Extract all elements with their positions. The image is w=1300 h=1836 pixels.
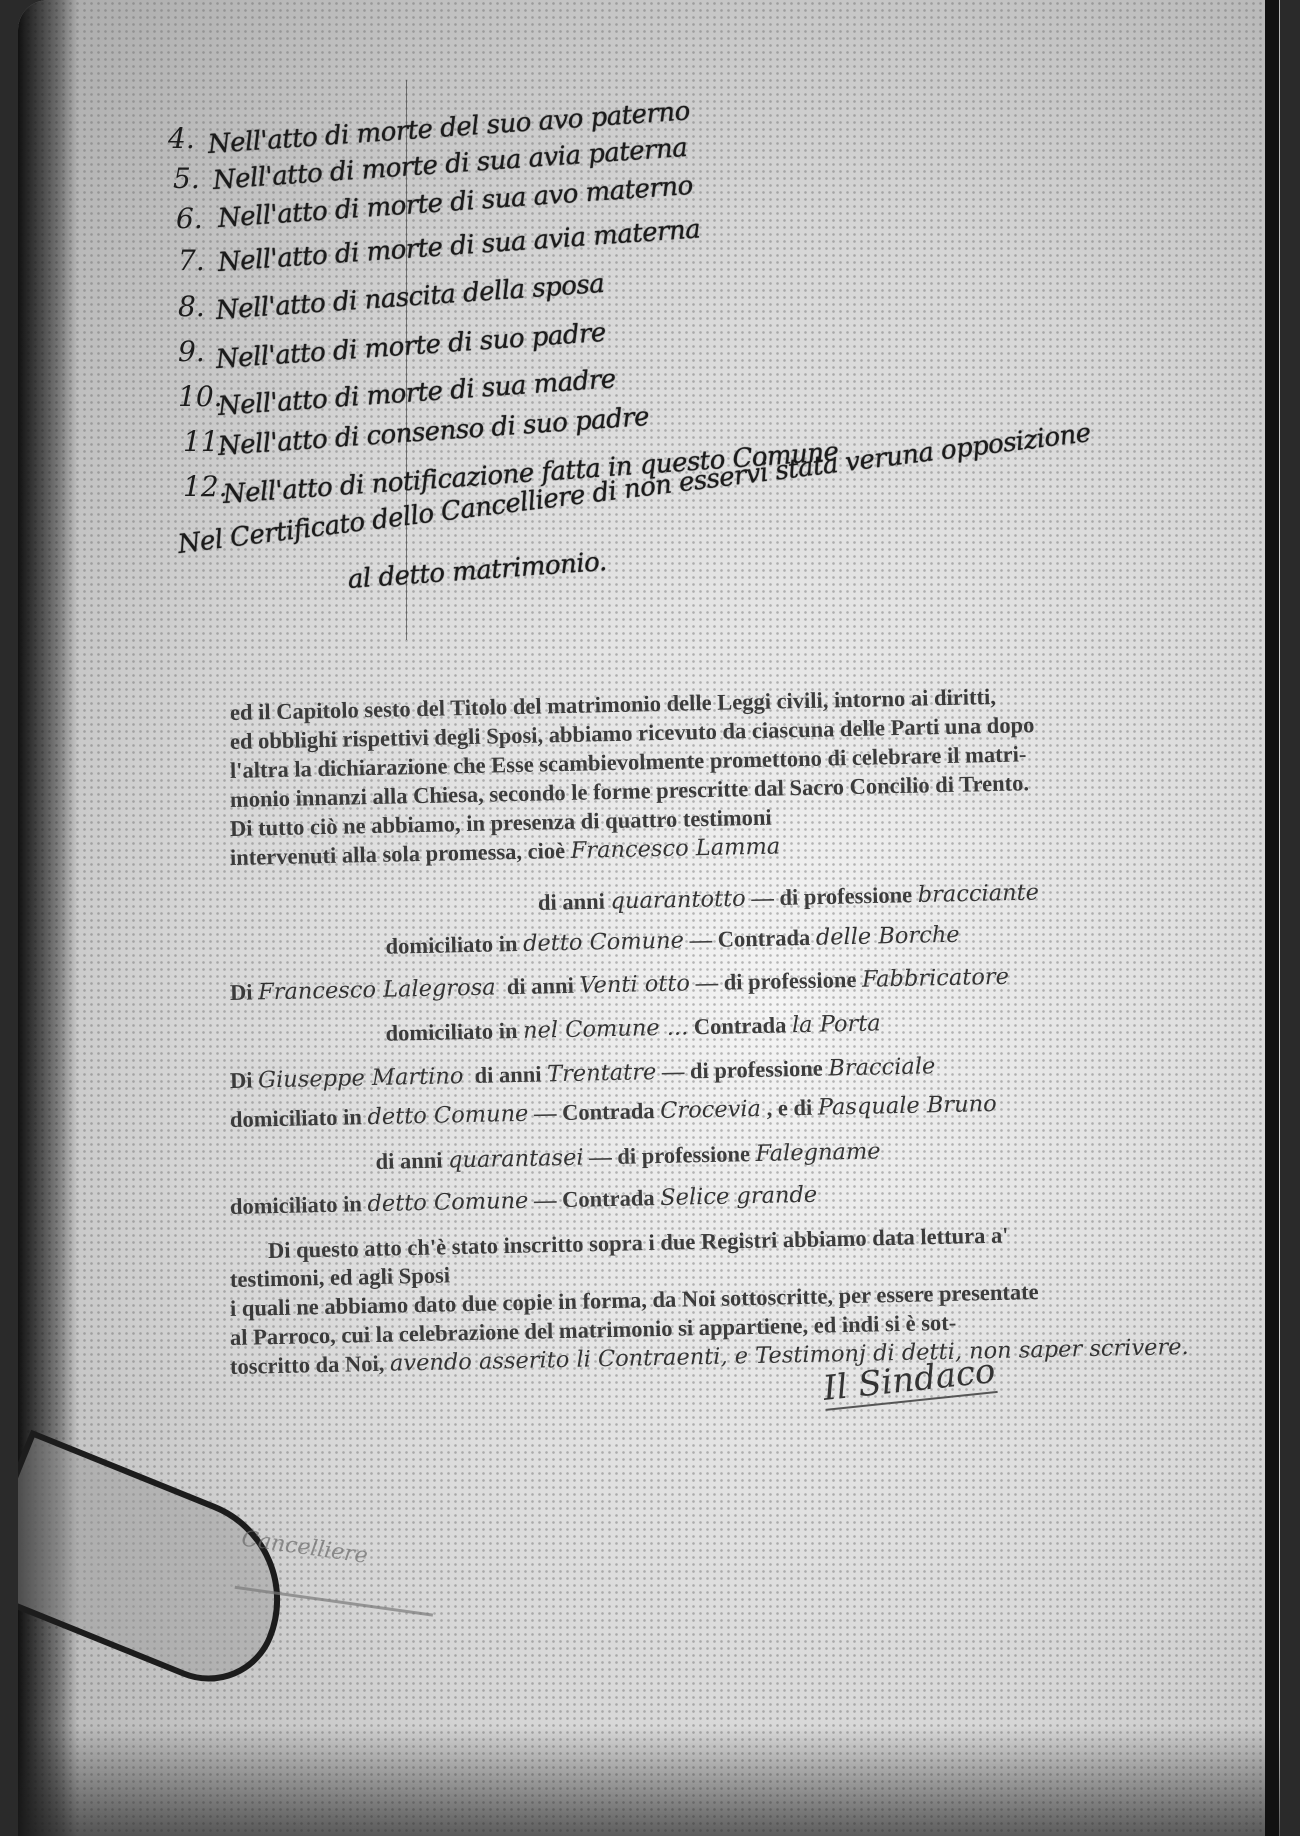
- label: Contrada: [694, 1012, 787, 1039]
- label: di anni: [375, 1148, 442, 1174]
- annotation-number: 9.: [178, 335, 205, 368]
- annotation-line: Nell'atto di nascita della sposa: [215, 269, 605, 326]
- witness-3-profession: Bracciale: [828, 1053, 936, 1081]
- label: di anni: [538, 889, 605, 915]
- label: Contrada: [717, 925, 810, 952]
- label: Contrada: [562, 1185, 655, 1212]
- annotation-line: Nell'atto di morte di suo padre: [215, 318, 607, 375]
- witness-1-name: Francesco Lamma: [570, 833, 780, 863]
- label: Contrada: [562, 1098, 655, 1125]
- bottom-shadow: [18, 1726, 1280, 1836]
- annotation-number: 5.: [173, 162, 200, 195]
- witness-2-name: Francesco Lalegrosa: [258, 974, 496, 1005]
- page-edge: [1265, 0, 1279, 1836]
- witness-4-profession: Falegname: [755, 1138, 881, 1167]
- document-page: 4. Nell'atto di morte del suo avo patern…: [18, 0, 1280, 1836]
- witness-4-name: Pasquale Bruno: [818, 1091, 997, 1121]
- witness-4-domicile-line: domiciliato in detto Comune — Contrada S…: [230, 1172, 1190, 1222]
- witness-2-age: Venti otto: [579, 970, 690, 998]
- annotation-number: 8.: [178, 290, 205, 323]
- witness-3-age: Trentatre: [547, 1059, 657, 1087]
- label: domiciliato in: [230, 1191, 362, 1219]
- witness-2-domicile-line: domiciliato in nel Comune ... Contrada l…: [230, 1002, 1190, 1052]
- label: Di: [230, 980, 253, 1005]
- annotation-number: 7.: [178, 244, 205, 277]
- label: di anni: [474, 1061, 541, 1087]
- annotation-number: 6.: [176, 202, 203, 235]
- witness-1-age: quarantotto: [610, 886, 746, 915]
- witness-2-domicile: nel Comune ...: [523, 1014, 689, 1043]
- annotation-number: 4.: [168, 122, 195, 155]
- label: domiciliato in: [385, 1018, 517, 1046]
- witness-1-profession: bracciante: [917, 880, 1039, 909]
- label: , e di: [766, 1095, 812, 1121]
- witness-3-street: Crocevia: [660, 1096, 761, 1124]
- witness-1-street: delle Borche: [816, 922, 960, 951]
- label: di professione: [723, 967, 856, 995]
- label: di anni: [507, 973, 574, 999]
- label: Di: [230, 1068, 253, 1093]
- label: domiciliato in: [385, 931, 517, 959]
- witness-1-age-line: di anni quarantotto — di professione bra…: [538, 873, 1238, 918]
- witness-3-domicile: detto Comune: [367, 1101, 528, 1130]
- witness-3-name: Giuseppe Martino: [258, 1063, 464, 1093]
- annotation-line: al detto matrimonio.: [347, 547, 608, 595]
- witness-1-domicile: detto Comune: [523, 927, 684, 956]
- label: di professione: [779, 882, 912, 910]
- witness-2-profession: Fabbricatore: [862, 964, 1009, 993]
- witness-4-age: quarantasei: [448, 1145, 584, 1174]
- label: di professione: [690, 1056, 823, 1084]
- witness-1-domicile-line: domiciliato in detto Comune — Contrada d…: [230, 915, 1190, 965]
- printed-text: intervenuti alla sola promessa, cioè: [230, 838, 566, 870]
- label: di professione: [617, 1141, 750, 1169]
- witness-4-domicile: detto Comune: [367, 1188, 528, 1217]
- witness-2-street: la Porta: [792, 1010, 881, 1038]
- witness-4-line: di anni quarantasei — di professione Fal…: [230, 1130, 1190, 1180]
- printed-text: toscritto da Noi,: [230, 1351, 385, 1379]
- witness-2-line: Di Francesco Lalegrosa di anni Venti ott…: [230, 958, 1190, 1008]
- label: domiciliato in: [230, 1104, 362, 1132]
- annotation-number: 12.: [183, 470, 228, 503]
- witness-4-street: Selice grande: [660, 1182, 817, 1211]
- annotation-number: 10.: [178, 380, 223, 413]
